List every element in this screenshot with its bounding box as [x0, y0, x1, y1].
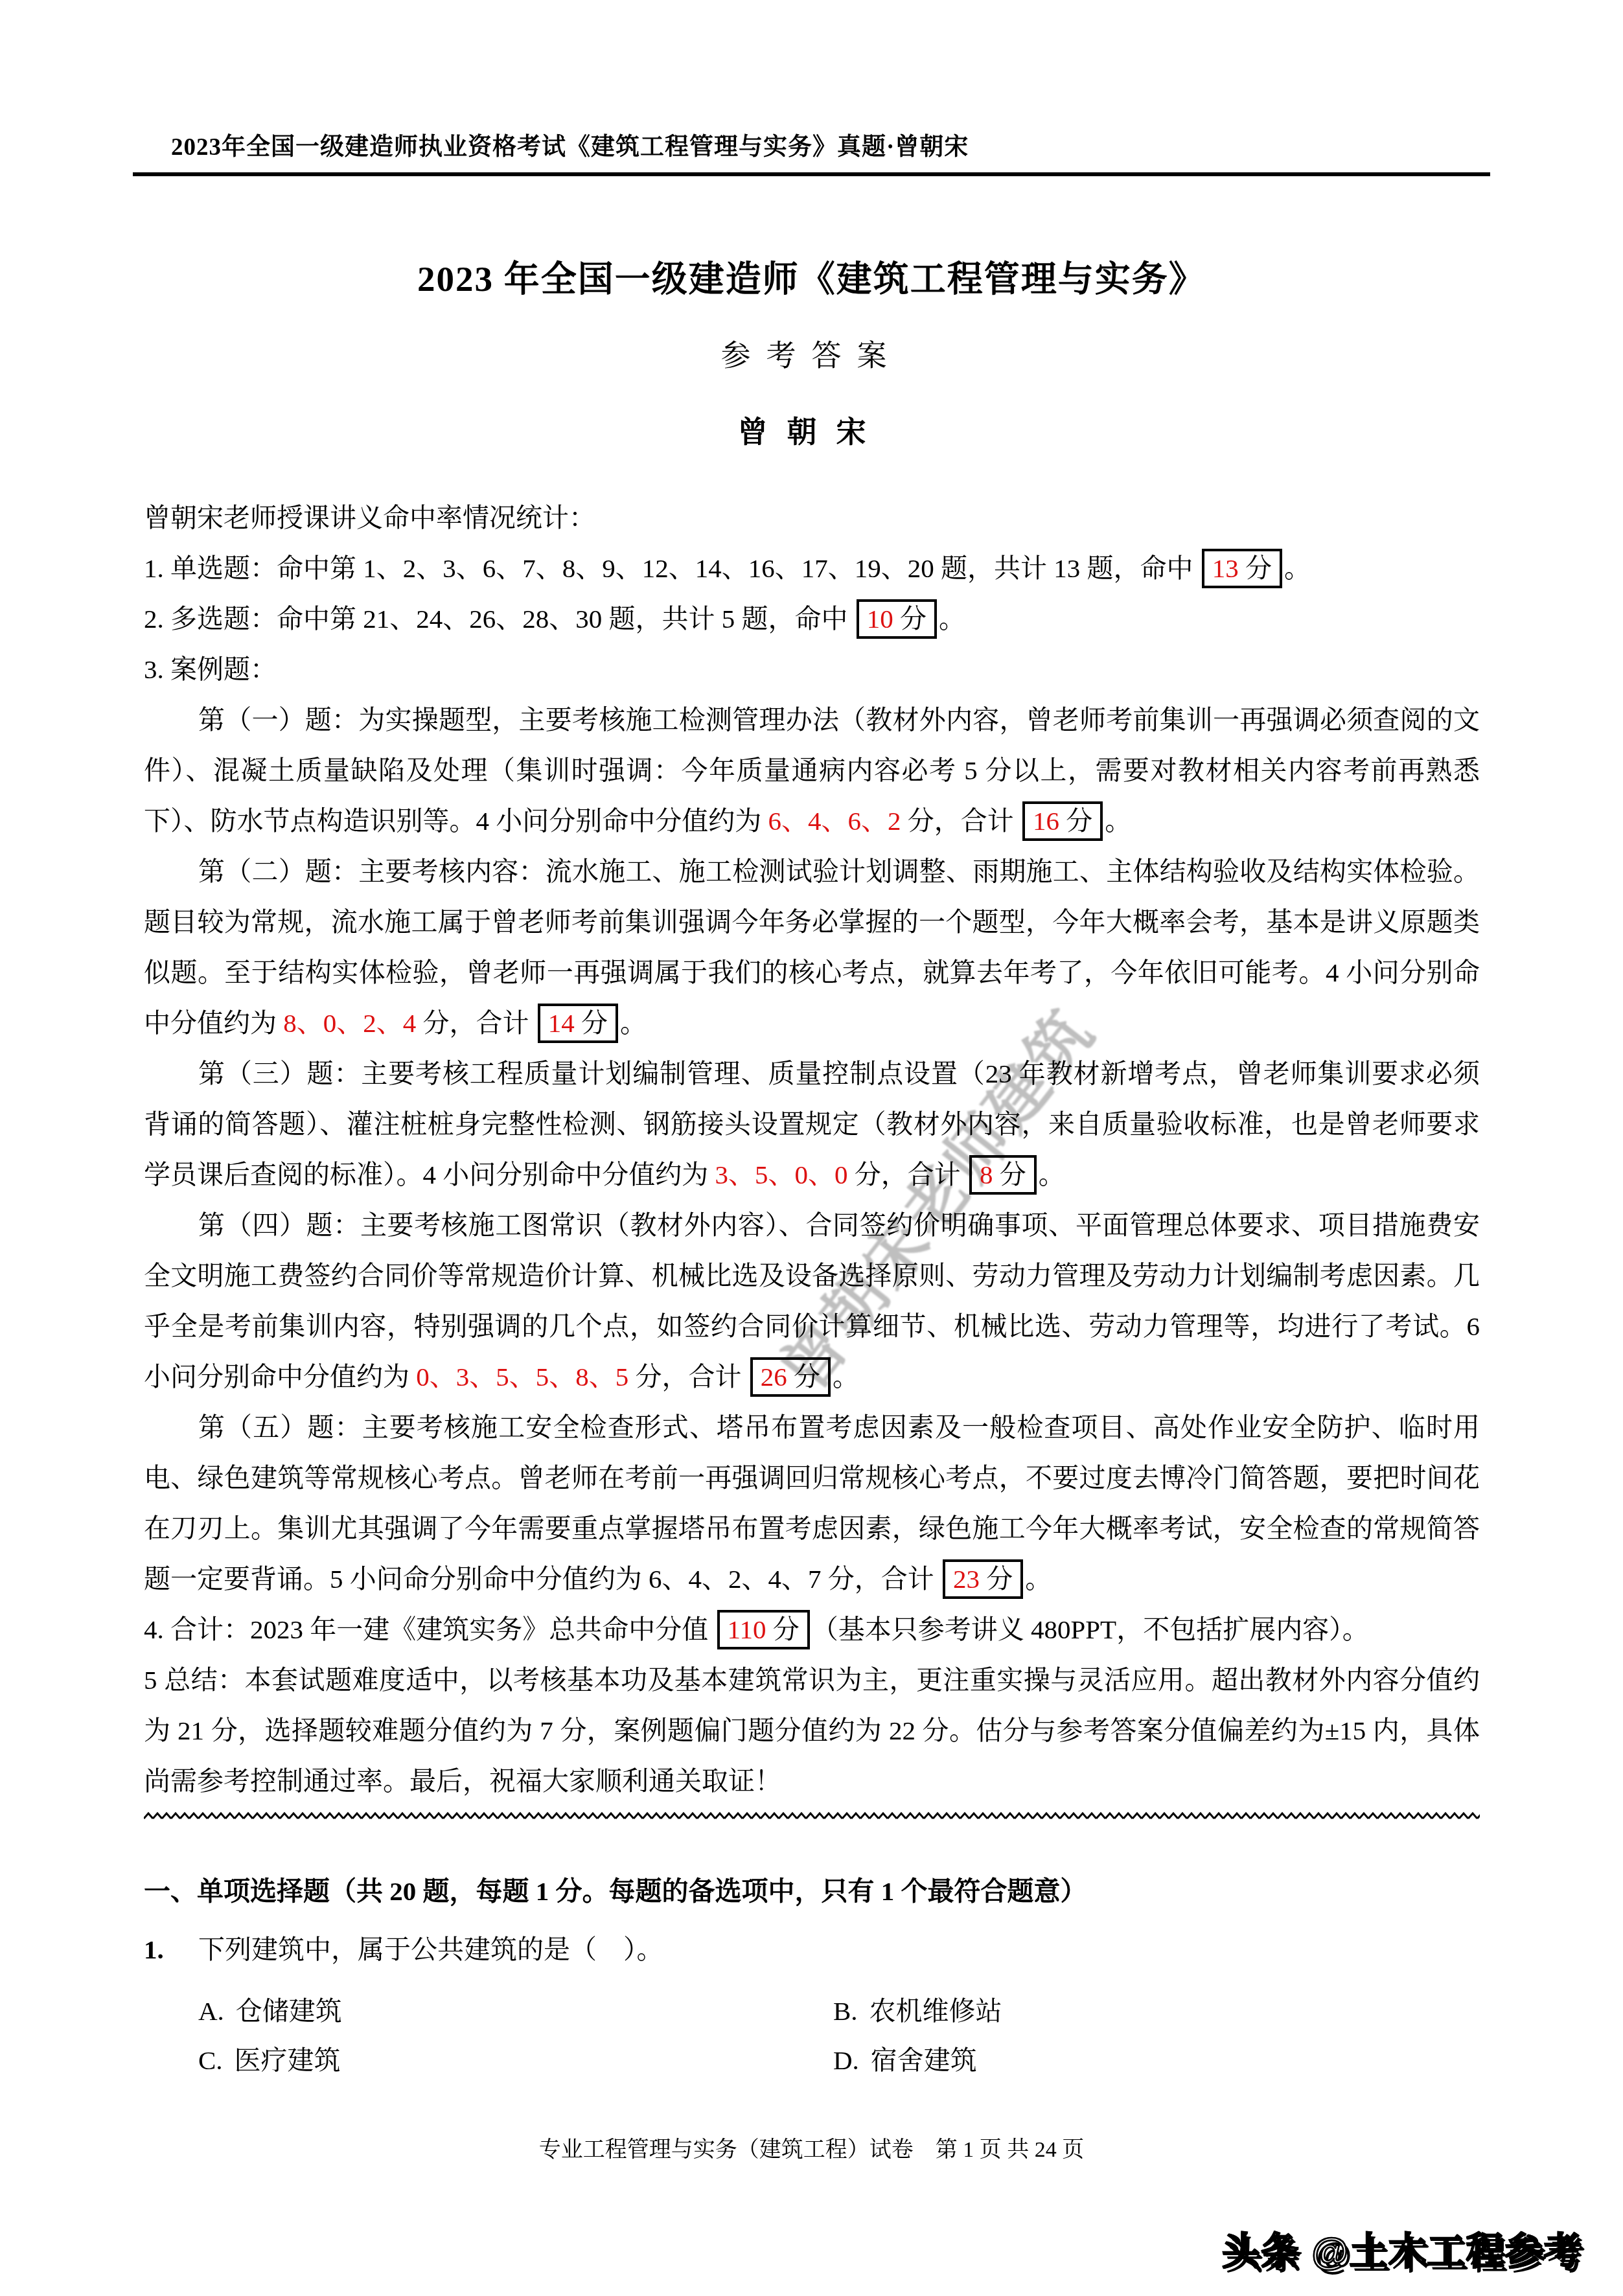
stat-multi-choice: 2. 多选题：命中第 21、24、26、28、30 题，共计 5 题，命中 10…	[144, 593, 1480, 644]
stats-intro: 曾朝宋老师授课讲义命中率情况统计：	[144, 492, 1480, 543]
options-row-2: C.医疗建筑 D.宿舍建筑	[198, 2036, 1480, 2085]
page-subtitle: 参考答案	[0, 332, 1623, 374]
option-a[interactable]: A.仓储建筑	[198, 1986, 833, 2036]
stat-single-choice: 1. 单选题：命中第 1、2、3、6、7、8、9、12、14、16、17、19、…	[144, 543, 1480, 593]
running-header: 2023年全国一级建造师执业资格考试《建筑工程管理与实务》真题·曾朝宋	[171, 127, 969, 162]
case-1: 第（一）题：为实操题型，主要考核施工检测管理办法（教材外内容，曾老师考前集训一再…	[144, 695, 1480, 846]
author-name: 曾朝宋	[0, 408, 1623, 451]
score-box: 16 分	[1022, 801, 1103, 841]
case-5: 第（五）题：主要考核施工安全检查形式、塔吊布置考虑因素及一般检查项目、高处作业安…	[144, 1402, 1480, 1604]
single-choice-section: 一、单项选择题（共 20 题，每题 1 分。每题的备选项中，只有 1 个最符合题…	[144, 1866, 1480, 2085]
case-2: 第（二）题：主要考核内容：流水施工、施工检测试验计划调整、雨期施工、主体结构验收…	[144, 846, 1480, 1048]
case-3: 第（三）题：主要考核工程质量计划编制管理、质量控制点设置（23 年教材新增考点，…	[144, 1048, 1480, 1200]
summary: 5 总结：本套试题难度适中，以考核基本功及基本建筑常识为主，更注重实操与灵活应用…	[144, 1655, 1480, 1806]
total: 4. 合计：2023 年一建《建筑实务》总共命中分值 110 分（基本只参考讲义…	[144, 1604, 1480, 1655]
option-b-key: B.	[833, 1986, 858, 2036]
score-box: 10 分	[857, 599, 937, 639]
option-d-text: 宿舍建筑	[871, 2045, 977, 2075]
score-box: 13 分	[1202, 549, 1282, 588]
options-row-1: A.仓储建筑 B.农机维修站	[198, 1986, 1480, 2036]
page-footer: 专业工程管理与实务（建筑工程）试卷 第 1 页 共 24 页	[0, 2131, 1623, 2163]
header-rule	[133, 172, 1490, 176]
option-c-text: 医疗建筑	[235, 2045, 341, 2075]
question-number: 1.	[144, 1924, 198, 1975]
question-1: 1.下列建筑中，属于公共建筑的是（ ）。	[144, 1924, 1480, 1975]
option-b-text: 农机维修站	[869, 1996, 1002, 2026]
page-title: 2023 年全国一级建造师《建筑工程管理与实务》	[0, 250, 1623, 301]
options-grid: A.仓储建筑 B.农机维修站 C.医疗建筑 D.宿舍建筑	[144, 1986, 1480, 2085]
case-4: 第（四）题：主要考核施工图常识（教材外内容）、合同签约价明确事项、平面管理总体要…	[144, 1200, 1480, 1402]
score-box: 26 分	[750, 1357, 831, 1397]
option-c-key: C.	[198, 2036, 223, 2085]
option-a-text: 仓储建筑	[236, 1996, 342, 2026]
corner-watermark: 头条 @土木工程参考	[1222, 2221, 1583, 2275]
body-paragraphs: 曾朝宋老师授课讲义命中率情况统计：1. 单选题：命中第 1、2、3、6、7、8、…	[144, 492, 1480, 1806]
separator-zigzag	[144, 1811, 1480, 1820]
question-text: 下列建筑中，属于公共建筑的是（ ）。	[198, 1934, 663, 1964]
score-box: 8 分	[969, 1155, 1037, 1195]
score-box: 110 分	[717, 1610, 810, 1649]
stat-case-header: 3. 案例题：	[144, 644, 1480, 695]
option-d-key: D.	[833, 2036, 859, 2085]
option-a-key: A.	[198, 1986, 224, 2036]
option-d[interactable]: D.宿舍建筑	[833, 2036, 1468, 2085]
score-box: 23 分	[943, 1559, 1023, 1599]
option-c[interactable]: C.医疗建筑	[198, 2036, 833, 2085]
score-box: 14 分	[538, 1004, 618, 1043]
section-heading: 一、单项选择题（共 20 题，每题 1 分。每题的备选项中，只有 1 个最符合题…	[144, 1866, 1480, 1916]
document-page: 2023年全国一级建造师执业资格考试《建筑工程管理与实务》真题·曾朝宋 2023…	[0, 0, 1623, 2296]
option-b[interactable]: B.农机维修站	[833, 1986, 1468, 2036]
